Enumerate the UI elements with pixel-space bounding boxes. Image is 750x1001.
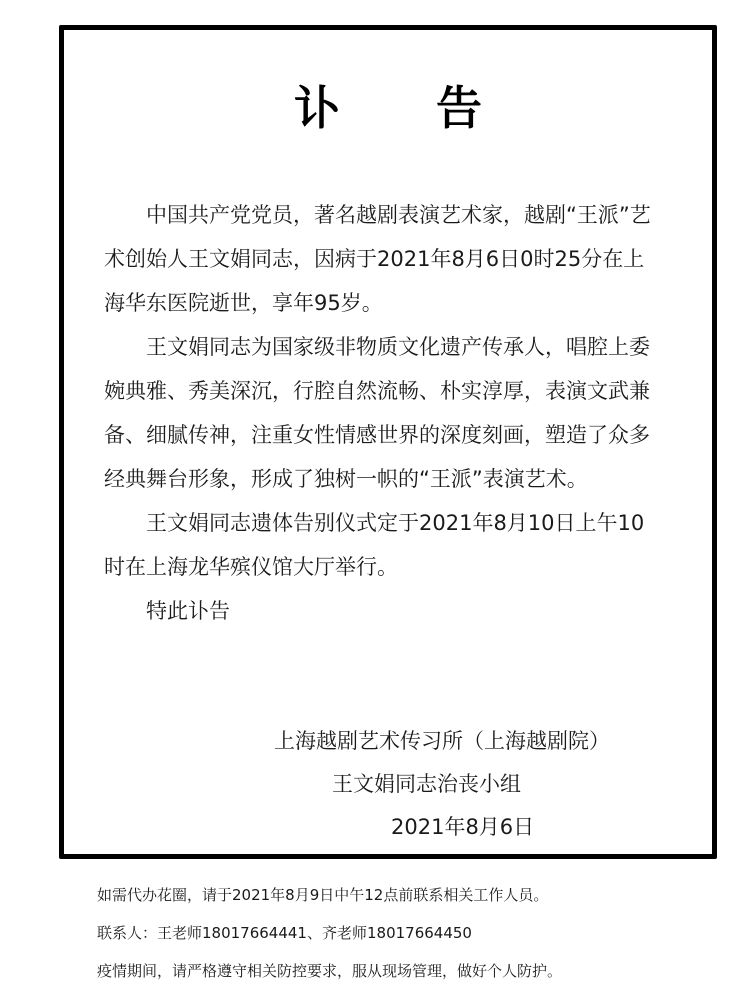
wreath-note: 如需代办花圈，请于2021年8月9日中午12点前联系相关工作人员。 — [97, 876, 562, 914]
signature-date: 2021年8月6日 — [391, 806, 534, 849]
notice-closing-phrase: 特此讣告 — [104, 589, 664, 633]
notice-paragraph-funeral-arrangement: 王文娟同志遗体告别仪式定于2021年8月10日上午10时在上海龙华殡仪馆大厅举行… — [104, 501, 664, 589]
epidemic-note: 疫情期间，请严格遵守相关防控要求，服从现场管理，做好个人防护。 — [97, 952, 562, 990]
notice-paragraph-death-announcement: 中国共产党党员，著名越剧表演艺术家，越剧“王派”艺术创始人王文娟同志，因病于20… — [104, 193, 664, 325]
obituary-notice-frame: 讣 告 中国共产党党员，著名越剧表演艺术家，越剧“王派”艺术创始人王文娟同志，因… — [59, 25, 717, 859]
footer-notes: 如需代办花圈，请于2021年8月9日中午12点前联系相关工作人员。 联系人：王老… — [97, 876, 562, 990]
notice-body: 中国共产党党员，著名越剧表演艺术家，越剧“王派”艺术创始人王文娟同志，因病于20… — [104, 193, 664, 633]
signature-committee: 王文娟同志治丧小组 — [332, 763, 521, 806]
notice-title: 讣 告 — [64, 78, 712, 138]
signature-organization: 上海越剧艺术传习所（上海越剧院） — [274, 720, 610, 763]
contact-info: 联系人：王老师18017664441、齐老师18017664450 — [97, 914, 562, 952]
notice-paragraph-biography: 王文娟同志为国家级非物质文化遗产传承人，唱腔上委婉典雅、秀美深沉，行腔自然流畅、… — [104, 325, 664, 501]
